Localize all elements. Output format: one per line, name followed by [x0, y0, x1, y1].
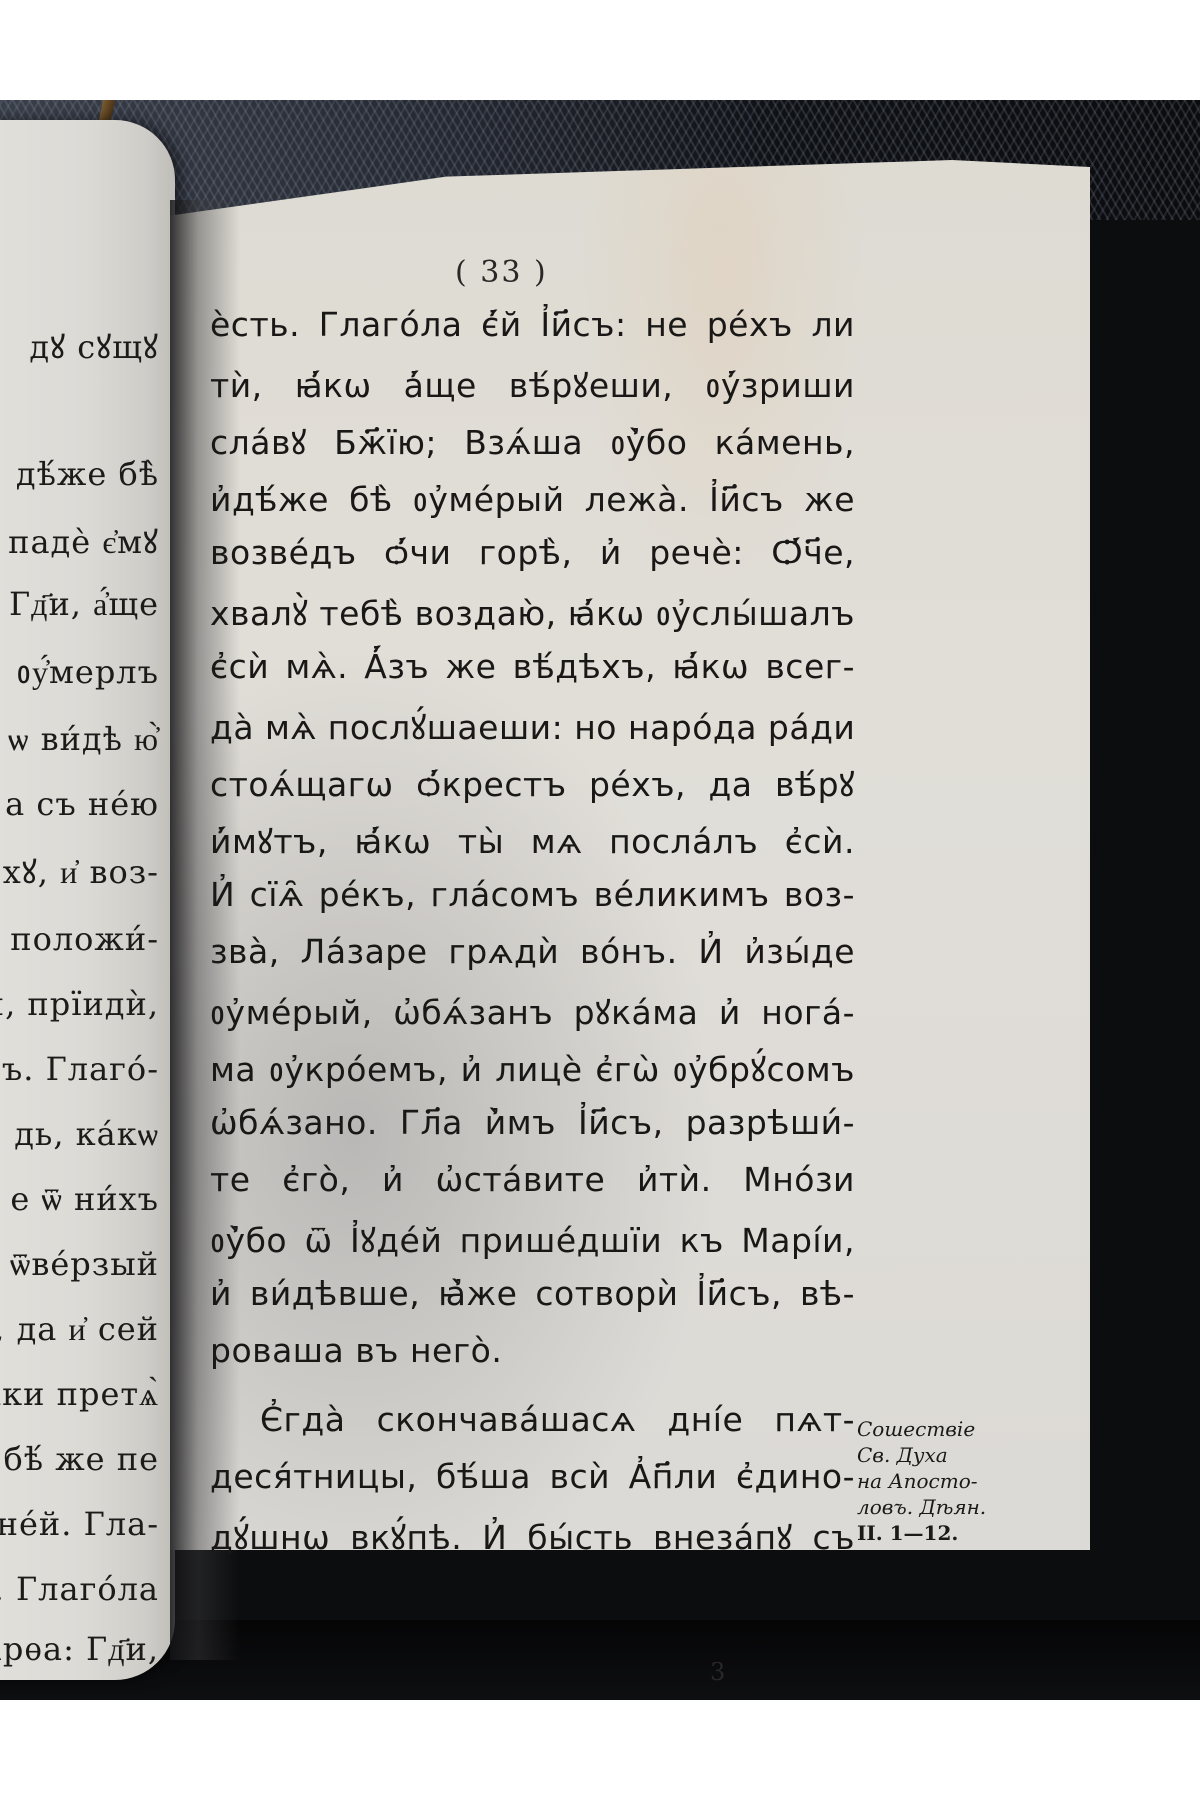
text-line: стоѧ́щагѡ ѻ҆́крестъ ре́хъ, да вѣ́рꙋ: [210, 761, 855, 806]
left-page-line: и, прїидѝ,: [0, 985, 159, 1023]
left-page-line: нь. Глаго́ла: [0, 1570, 159, 1608]
text-line: дꙋ́шнѡ вкꙋ́пѣ. И҆ бы́сть внеза́пꙋ съ: [210, 1514, 855, 1559]
page-number: ( 33 ): [455, 255, 548, 290]
left-page-line: бѣ́ же пе: [3, 1440, 159, 1478]
left-page-line: ѡ ви́дѣ ю҆̀: [8, 720, 159, 758]
left-page-line: , да и҆ сей: [0, 1310, 159, 1348]
margin-note-line: Сошествіе: [857, 1416, 1007, 1442]
left-page-line: падѐ є҆мꙋ: [8, 520, 159, 563]
margin-note: Сошествіе Св. Духа на Апосто- ловъ. Дѣян…: [857, 1416, 1007, 1546]
left-page-line: хꙋ, и҆ воз-: [3, 850, 159, 893]
text-line: ѐсть. Глаго́ла є҆́й І҆и҃съ: не ре́хъ ли: [210, 305, 855, 344]
text-line: деся́тницы, бѣ́ша всѝ А҆п҃ли є҆дино-: [210, 1457, 855, 1496]
text-line: и҆ ви́дѣвше, ꙗ҆̀же сотворѝ І҆и҃съ, вѣ-: [210, 1274, 855, 1313]
book-photo: дꙋ сꙋщꙋ дѣ́же бѣ̀ падѐ є҆мꙋ Гд҃и, а҆́ще …: [0, 100, 1200, 1700]
text-line: ма ᲂу҆кро́емъ, и҆ лицѐ є҆гѡ̀ ᲂу҆брꙋ́сомъ: [210, 1046, 855, 1091]
text-line: возве́дъ ѻ҆́чи горѣ̀, и҆ речѐ: Ѻ҆́ч҃е,: [210, 533, 855, 572]
margin-note-line: на Апосто-: [857, 1468, 1007, 1494]
left-page-line: ъ. Глаго́-: [2, 1050, 159, 1088]
text-line: тѝ, ꙗ҆́кѡ а҆́ще вѣ́рꙋеши, ᲂу҆́зриши: [210, 362, 855, 407]
text-line: сла́вꙋ Бж҃їю; Взѧ́ша ᲂу҆̀бо ка́мень,: [210, 419, 855, 464]
margin-note-line: Св. Духа: [857, 1442, 1007, 1468]
left-page-line: дѣ́же бѣ̀: [16, 455, 159, 493]
left-page-line: ᲂу҆́мерлъ: [16, 650, 159, 693]
margin-note-reference: II. 1—12.: [857, 1520, 1007, 1546]
left-page-line: дꙋ сꙋщꙋ: [29, 325, 159, 368]
left-page-fragment: дꙋ сꙋщꙋ дѣ́же бѣ̀ падѐ є҆мꙋ Гд҃и, а҆́ще …: [0, 120, 175, 1680]
leather-background-bottom: [0, 1620, 1200, 1700]
margin-note-line: ловъ. Дѣян.: [857, 1494, 1007, 1520]
left-page-line: е ѿ ни́хъ: [10, 1180, 159, 1218]
left-page-line: а́рѳа: Гд҃и,: [0, 1630, 159, 1668]
left-page-line: Гд҃и, а҆́ще: [9, 585, 159, 623]
left-page-line: ѣ̀ положи́-: [0, 920, 159, 958]
text-line: и҆́мꙋтъ, ꙗ҆́кѡ ты̀ мѧ посла́лъ є҆сѝ.: [210, 818, 855, 863]
paragraph-start-line: Є҆гда̀ скончава́шасѧ дні́е пѧт-: [210, 1400, 855, 1439]
text-line: И҆ сїѧ̑ ре́къ, гла́сомъ ве́ликимъ воз-: [210, 875, 855, 914]
text-line: зва̀, Ла́заре грѧдѝ во́нъ. И҆ и҆зы́де: [210, 932, 855, 971]
text-line: ѡ҆бѧ́зано. Гл҃а и҆̀мъ І҆и҃съ, разрѣши́-: [210, 1103, 855, 1142]
signature-mark: 3: [710, 1658, 725, 1686]
text-line: ᲂу҆̀бо ѿ І҆ꙋде́й прише́дшїи къ Марі́и,: [210, 1217, 855, 1262]
text-line: да̀ мѧ̀ послꙋ́шаеши: но наро́да ра́ди: [210, 704, 855, 749]
left-page-line: ѿве́рзый: [10, 1245, 159, 1283]
text-line: роваша въ него̀.: [210, 1331, 855, 1370]
left-page-line: а не́й. Гла-: [0, 1505, 159, 1543]
left-page-line: дь, ка́кѡ: [14, 1115, 159, 1153]
text-line: є҆сѝ мѧ̀. А҆́зъ же вѣ́дѣхъ, ꙗ҆́кѡ всег-: [210, 647, 855, 686]
text-line: те є҆го̀, и҆ ѡ҆ста́вите и҆тѝ. Мно́зи: [210, 1160, 855, 1199]
left-page-line: а съ не́ю: [5, 785, 159, 823]
text-line: и҆дѣ́же бѣ̀ ᲂу҆ме́рый лежа̀. І҆и҃съ же: [210, 476, 855, 521]
text-line: хвалꙋ̀ тебѣ̀ воздаю̀, ꙗ҆́кѡ ᲂу҆слы́шалъ: [210, 590, 855, 635]
text-line: ᲂу҆ме́рый, ѡ҆бѧ́занъ рꙋка́ма и҆ нога́-: [210, 989, 855, 1034]
left-page-line: а́ки претѧ̀: [0, 1375, 159, 1413]
